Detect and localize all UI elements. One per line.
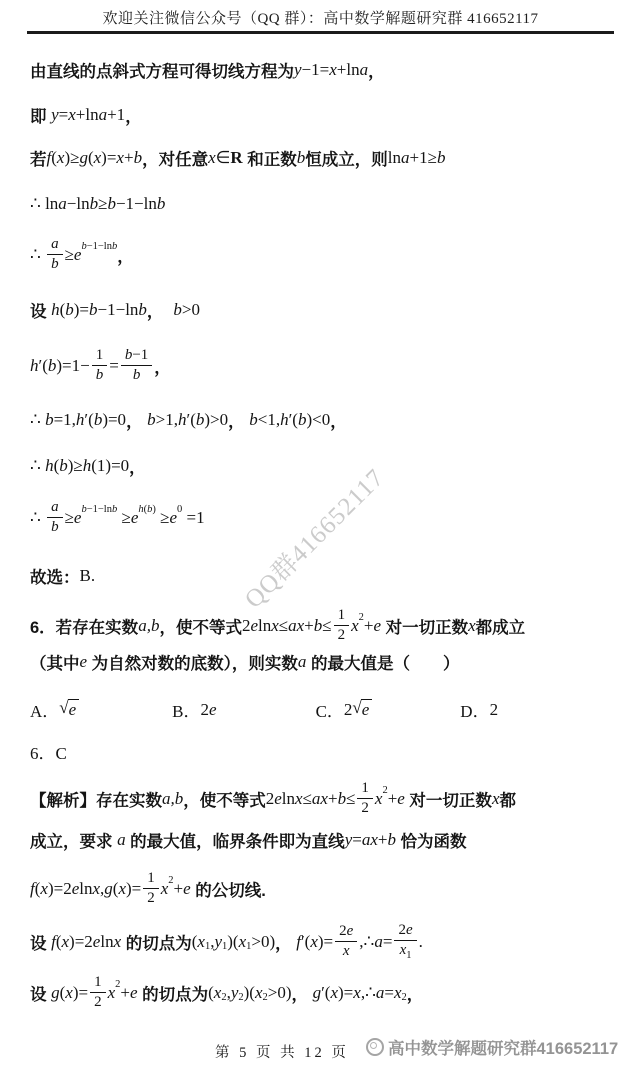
text-run: 的切点为 <box>121 930 192 954</box>
math-run: −1−ln <box>116 194 157 214</box>
math-variable: x <box>343 943 350 959</box>
fraction-numerator: a <box>47 499 63 518</box>
math-run: ′( <box>39 356 48 376</box>
text-run: ， <box>407 981 424 1005</box>
math-run: )= <box>73 983 88 1003</box>
math-run: )= <box>318 932 333 952</box>
text-run: ， <box>117 243 134 267</box>
math-run: ,∴ <box>359 932 374 952</box>
math-variable: b <box>59 456 68 476</box>
math-variable: h <box>280 410 289 430</box>
text-run: ， <box>154 354 171 378</box>
math-variable: e <box>183 879 191 899</box>
math-run: 1 <box>361 780 369 796</box>
math-variable: x <box>68 105 76 125</box>
fraction: b−1b <box>121 347 152 385</box>
fraction: 12 <box>90 974 106 1012</box>
math-variable: b <box>107 194 116 214</box>
spacer <box>79 709 172 710</box>
math-variable: x <box>40 879 48 899</box>
header-rule <box>27 31 614 34</box>
math-run: 1 <box>94 974 102 990</box>
math-run: ≤ <box>303 789 312 809</box>
math-run: −1= <box>302 60 330 80</box>
math-variable: b <box>133 367 141 383</box>
math-run: ,∴ <box>361 983 376 1003</box>
math-variable: b <box>138 300 147 320</box>
math-variable: h <box>76 410 85 430</box>
text-line: 【解析】存在实数a,b，使不等式2elnx≤ax+b≤12x2+e 对一切正数x… <box>30 780 516 818</box>
fraction-denominator: 2 <box>357 799 373 817</box>
math-variable: x <box>255 983 263 1003</box>
math-variable: e <box>362 700 370 719</box>
math-run: )= <box>126 879 141 899</box>
math-variable: x <box>375 789 383 809</box>
question-line: 6．若存在实数a,b，使不等式2elnx≤ax+b≤12x2+e 对一切正数x都… <box>30 607 525 645</box>
text-run: 对一切正数 <box>405 787 492 811</box>
text-run: 恰为函数 <box>396 828 467 852</box>
fraction-denominator: 2 <box>334 626 350 644</box>
math-run: >0) <box>268 983 292 1003</box>
math-run: )= <box>338 983 353 1003</box>
math-variable: x <box>468 616 476 636</box>
radicand: e <box>361 699 373 720</box>
math-run: )≥ <box>64 148 79 168</box>
math-run: >0 <box>182 300 200 320</box>
math-run: ln <box>100 932 113 952</box>
math-run: +1 <box>107 105 125 125</box>
math-run: ≥ <box>98 194 107 214</box>
fraction-numerator: a <box>47 236 63 255</box>
fraction-numerator: 1 <box>334 607 350 626</box>
math-run: >1, <box>156 410 178 430</box>
options-line: A．√eB．2eC．2√eD．2 <box>30 697 498 722</box>
math-run: = <box>59 105 69 125</box>
math-run: +ln <box>76 105 99 125</box>
math-run: C． <box>316 697 344 722</box>
text-line: ∴ ab≥eb−1−lnb， <box>30 236 134 274</box>
math-run: 1 <box>338 607 346 623</box>
subscript: 1 <box>406 950 411 961</box>
math-variable: x <box>57 148 65 168</box>
math-variable: a <box>117 830 126 850</box>
math-run: ≥ <box>65 245 74 265</box>
math-run: )=0 <box>102 410 126 430</box>
math-variable: x <box>94 148 102 168</box>
math-variable: e <box>274 789 282 809</box>
text-run: （其中 <box>30 650 80 674</box>
math-variable: a <box>99 105 108 125</box>
math-variable: g <box>104 879 113 899</box>
math-variable: ax <box>312 789 328 809</box>
text-line: 设 h(b)=b−1−lnb，b>0 <box>30 298 200 322</box>
text-line: ∴ lna−lnb≥b−1−lnb <box>30 194 165 214</box>
math-run: ≥ <box>117 508 131 528</box>
text-run: ， <box>275 930 296 954</box>
fraction-denominator: 2 <box>143 889 159 907</box>
fraction-denominator: 2 <box>90 993 106 1011</box>
math-variable: a <box>376 983 385 1003</box>
math-run: −1−ln <box>87 504 112 515</box>
math-run: = <box>352 830 362 850</box>
math-run: ≤ <box>279 616 288 636</box>
text-run: ，对任意 <box>142 146 208 170</box>
math-variable: x <box>92 879 100 899</box>
radicand: e <box>68 699 80 720</box>
math-variable: y <box>214 932 222 952</box>
math-variable: e <box>74 508 82 528</box>
fraction: 12 <box>334 607 350 645</box>
math-variable: x <box>295 789 303 809</box>
text-run: 即 <box>30 103 51 127</box>
math-variable: b <box>298 410 307 430</box>
text-run: 都成立 <box>476 614 526 638</box>
math-run: )( <box>244 983 255 1003</box>
math-variable: b <box>51 256 59 272</box>
fraction-numerator: 2e <box>335 923 357 942</box>
math-run: 2 <box>338 627 346 643</box>
math-run: ≤ <box>346 789 355 809</box>
math-run: (1)=0 <box>91 456 129 476</box>
math-variable: h <box>45 456 54 476</box>
math-variable: b <box>48 356 57 376</box>
text-run: ， <box>368 58 385 82</box>
text-run: 【解析】存在实数 <box>30 787 162 811</box>
math-variable: b <box>45 410 54 430</box>
text-run: ，使不等式 <box>183 787 266 811</box>
math-variable: b <box>51 519 59 535</box>
math-run: D． <box>460 697 489 722</box>
math-run: )= <box>101 148 116 168</box>
math-run: ln <box>258 616 271 636</box>
math-run: +ln <box>337 60 360 80</box>
math-run: )<0 <box>306 410 330 430</box>
fraction: 1b <box>92 347 108 385</box>
math-variable: x <box>353 983 361 1003</box>
math-variable: b <box>338 789 347 809</box>
fraction-numerator: 1 <box>143 870 159 889</box>
math-run: )= <box>74 300 89 320</box>
math-variable: e <box>373 616 381 636</box>
math-variable: x <box>330 983 338 1003</box>
math-variable: e <box>93 932 101 952</box>
math-variable: a,b <box>138 616 159 636</box>
math-run: + <box>304 616 314 636</box>
text-line: ∴ h(b)≥h(1)=0， <box>30 454 146 478</box>
math-run: 2 <box>490 700 499 720</box>
text-run: 的最大值是（ ） <box>306 650 459 674</box>
fraction-denominator: x1 <box>394 941 416 962</box>
math-variable: e <box>130 983 138 1003</box>
math-run: =1, <box>54 410 76 430</box>
math-run: + <box>174 879 184 899</box>
math-variable: x <box>116 148 124 168</box>
math-run: −ln <box>67 194 90 214</box>
math-variable: x <box>62 932 70 952</box>
math-run: )=1− <box>56 356 89 376</box>
text-run: 为自然对数的底数），则实数 <box>87 650 298 674</box>
math-variable: b <box>249 410 258 430</box>
question-line: （其中e 为自然对数的底数），则实数a 的最大值是（ ） <box>30 650 459 674</box>
fraction-numerator: 1 <box>92 347 108 366</box>
math-variable: b <box>157 194 166 214</box>
math-variable: g <box>79 148 88 168</box>
math-run: 2 <box>242 616 251 636</box>
math-variable: x <box>108 983 116 1003</box>
math-variable: e <box>80 652 88 672</box>
text-line: 由直线的点斜式方程可得切线方程为y−1=x+lna， <box>30 58 385 82</box>
superscript: b−1−lnb <box>81 242 117 253</box>
math-run: + <box>364 616 374 636</box>
spacer <box>372 709 460 710</box>
math-variable: b <box>314 616 323 636</box>
math-run: 1 <box>147 870 155 886</box>
text-line: 若f(x)≥g(x)=x+b，对任意x∈R 和正数b恒成立，则lna+1≥b <box>30 146 445 170</box>
math-run: ∈ <box>216 148 231 168</box>
math-run: )≥ <box>68 456 83 476</box>
text-run: 和正数 <box>243 146 297 170</box>
math-run: ∴ <box>30 245 45 265</box>
math-variable: a <box>374 932 383 952</box>
superscript: h(b) <box>138 505 156 516</box>
math-variable: e <box>406 922 413 938</box>
math-variable: b <box>65 300 74 320</box>
text-run: 恒成立，则 <box>305 146 388 170</box>
math-variable: b <box>387 830 396 850</box>
math-run: ∴ <box>30 508 45 528</box>
math-run: B． <box>172 697 200 722</box>
math-variable: x <box>118 879 126 899</box>
math-run: . <box>419 932 423 952</box>
text-line: 即 y=x+lna+1， <box>30 103 142 127</box>
math-run: 1 <box>96 347 104 363</box>
text-run: ， <box>291 981 312 1005</box>
text-line: 设 g(x)=12x2+e 的切点为(x2,y2)(x2>0)， g′(x)=x… <box>30 974 423 1012</box>
radical: √e <box>59 699 79 720</box>
math-variable: x <box>310 932 318 952</box>
math-run: + <box>328 789 338 809</box>
math-run: ln <box>388 148 401 168</box>
math-run: 2 <box>339 923 347 939</box>
math-run: ln <box>79 879 92 899</box>
math-variable: b <box>147 410 156 430</box>
math-variable: b <box>437 148 446 168</box>
math-run: ∴ <box>30 456 45 476</box>
math-variable: a,b <box>162 789 183 809</box>
math-variable: x <box>329 60 337 80</box>
math-variable: e <box>397 789 405 809</box>
math-run: ∴ <box>30 410 45 430</box>
math-variable: g <box>313 983 322 1003</box>
math-variable: x <box>114 932 122 952</box>
fraction-denominator: b <box>92 366 108 384</box>
fraction-denominator: x <box>335 942 357 960</box>
math-variable: y <box>51 105 59 125</box>
text-run: ， <box>125 103 142 127</box>
math-variable: b <box>89 300 98 320</box>
footer-watermark: 高中数学解题研究群416652117 <box>366 1035 618 1059</box>
math-run: ′( <box>301 932 310 952</box>
math-variable: x <box>239 932 247 952</box>
math-run: )>0 <box>204 410 228 430</box>
math-variable: a <box>298 652 307 672</box>
math-run: 2 <box>398 922 406 938</box>
math-variable: x <box>214 983 222 1003</box>
math-run: ≤ <box>322 616 331 636</box>
math-run: + <box>378 830 388 850</box>
fraction: ab <box>47 499 63 537</box>
math-run: ln <box>282 789 295 809</box>
math-variable: a <box>58 194 67 214</box>
math-variable: y <box>294 60 302 80</box>
math-variable: e <box>74 245 82 265</box>
math-variable: e <box>209 700 217 720</box>
math-run: >0) <box>251 932 275 952</box>
text-run: 的最大值，临界条件即为直线 <box>126 828 345 852</box>
fraction-numerator: 1 <box>357 780 373 799</box>
answer-line: 6．C <box>30 739 67 764</box>
math-variable: ax <box>288 616 304 636</box>
text-run: 对一切正数 <box>381 614 468 638</box>
fraction-numerator: 2e <box>394 922 416 941</box>
math-run: −1−ln <box>98 300 139 320</box>
answer-line: 故选：B. <box>30 564 95 588</box>
math-run: 2 <box>201 700 210 720</box>
text-line: ∴ b=1,h′(b)=0， b>1,h′(b)>0， b<1,h′(b)<0， <box>30 408 347 432</box>
math-run: ∴ ln <box>30 194 58 214</box>
math-run: 2 <box>266 789 275 809</box>
math-run: + <box>124 148 134 168</box>
math-variable: x <box>394 983 402 1003</box>
spacer <box>217 709 316 710</box>
text-run: 若 <box>30 146 47 170</box>
text-line: 设 f(x)=2elnx 的切点为(x1,y1)(x1>0)， f′(x)=2e… <box>30 922 423 962</box>
spacer <box>163 310 173 311</box>
radical: √e <box>352 699 372 720</box>
math-variable: h <box>83 456 92 476</box>
math-variable: x <box>271 616 279 636</box>
text-run: ， <box>126 408 147 432</box>
fraction-denominator: b <box>47 518 63 536</box>
text-run: ，使不等式 <box>159 614 242 638</box>
text-line: 成立，要求 a 的最大值，临界条件即为直线y=ax+b 恰为函数 <box>30 828 467 852</box>
math-run: A． <box>30 697 59 722</box>
math-variable: b <box>134 148 143 168</box>
text-run: 故选： <box>30 564 80 588</box>
math-variable: x <box>208 148 216 168</box>
math-run: )=2 <box>48 879 72 899</box>
math-variable: b <box>96 367 104 383</box>
math-variable: ax <box>362 830 378 850</box>
math-run: )( <box>227 932 238 952</box>
math-variable: h <box>30 356 39 376</box>
math-run: ′( <box>84 410 93 430</box>
math-variable: g <box>51 983 60 1003</box>
fraction-denominator: b <box>47 255 63 273</box>
math-variable: b <box>173 300 182 320</box>
text-run: 都 <box>499 787 516 811</box>
math-run: = <box>109 356 119 376</box>
math-run: = <box>383 932 393 952</box>
math-run: <1, <box>258 410 280 430</box>
math-variable: a <box>51 499 59 515</box>
math-variable: x <box>197 932 205 952</box>
math-variable: e <box>347 923 354 939</box>
math-run: )=2 <box>69 932 93 952</box>
math-run: −1−ln <box>87 241 112 252</box>
text-run: 设 <box>30 298 51 322</box>
math-variable: y <box>345 830 353 850</box>
text-line: ∴ ab≥eb−1−lnb ≥eh(b) ≥e0 =1 <box>30 499 205 537</box>
fraction: 2ex <box>335 923 357 961</box>
math-run: =1 <box>182 508 204 528</box>
text-run: ， <box>228 408 249 432</box>
diagonal-watermark: QQ群416652117 <box>235 459 391 615</box>
text-run: ， <box>147 298 164 322</box>
text-run: 由直线的点斜式方程可得切线方程为 <box>30 58 294 82</box>
math-variable: e <box>72 879 80 899</box>
fraction-numerator: 1 <box>90 974 106 993</box>
fraction: 12 <box>143 870 159 908</box>
math-run: 2 <box>361 800 369 816</box>
math-variable: e <box>69 700 77 719</box>
text-run: 6．若存在实数 <box>30 614 138 638</box>
math-variable: b <box>297 148 306 168</box>
math-variable: b <box>94 410 103 430</box>
math-run: 2 <box>147 890 155 906</box>
text-run: 设 <box>30 981 51 1005</box>
math-run: 2 <box>94 994 102 1010</box>
superscript: b−1−lnb <box>81 505 117 516</box>
text-run: ， <box>129 454 146 478</box>
math-variable: h <box>51 300 60 320</box>
text-line: f(x)=2elnx,g(x)=12x2+e 的公切线. <box>30 870 266 908</box>
math-variable: b <box>196 410 205 430</box>
fraction: 2ex1 <box>394 922 416 962</box>
math-run: 1 <box>406 950 411 961</box>
math-run: 6．C <box>30 739 67 764</box>
math-variable: e <box>131 508 139 528</box>
math-run: ′( <box>289 410 298 430</box>
math-variable: y <box>231 983 239 1003</box>
math-variable: a <box>51 236 59 252</box>
math-bold-symbol: R <box>230 148 242 168</box>
math-run: ≥ <box>156 508 170 528</box>
math-run: + <box>120 983 130 1003</box>
math-variable: e <box>250 616 258 636</box>
math-run: B. <box>80 566 96 586</box>
fraction: 12 <box>357 780 373 818</box>
math-variable: x <box>351 616 359 636</box>
text-line: h′(b)=1−1b=b−1b， <box>30 347 171 385</box>
math-run: +1≥ <box>410 148 437 168</box>
header-title: 欢迎关注微信公众号（QQ 群）：高中数学解题研究群 416652117 <box>0 7 641 28</box>
fraction-numerator: b−1 <box>121 347 152 366</box>
text-run: 的切点为 <box>138 981 209 1005</box>
fraction-denominator: b <box>121 366 152 384</box>
text-run: 设 <box>30 930 51 954</box>
math-variable: a <box>360 60 369 80</box>
math-variable: a <box>401 148 410 168</box>
math-variable: x <box>65 983 73 1003</box>
fraction: ab <box>47 236 63 274</box>
math-run: −1 <box>132 347 148 363</box>
text-run: ， <box>330 408 347 432</box>
math-run: 2 <box>344 700 353 720</box>
text-run: 的公切线. <box>191 877 266 901</box>
page-number: 第 5 页 共 12 页 <box>215 1041 349 1062</box>
document-page: 欢迎关注微信公众号（QQ 群）：高中数学解题研究群 416652117 由直线的… <box>0 0 641 1075</box>
